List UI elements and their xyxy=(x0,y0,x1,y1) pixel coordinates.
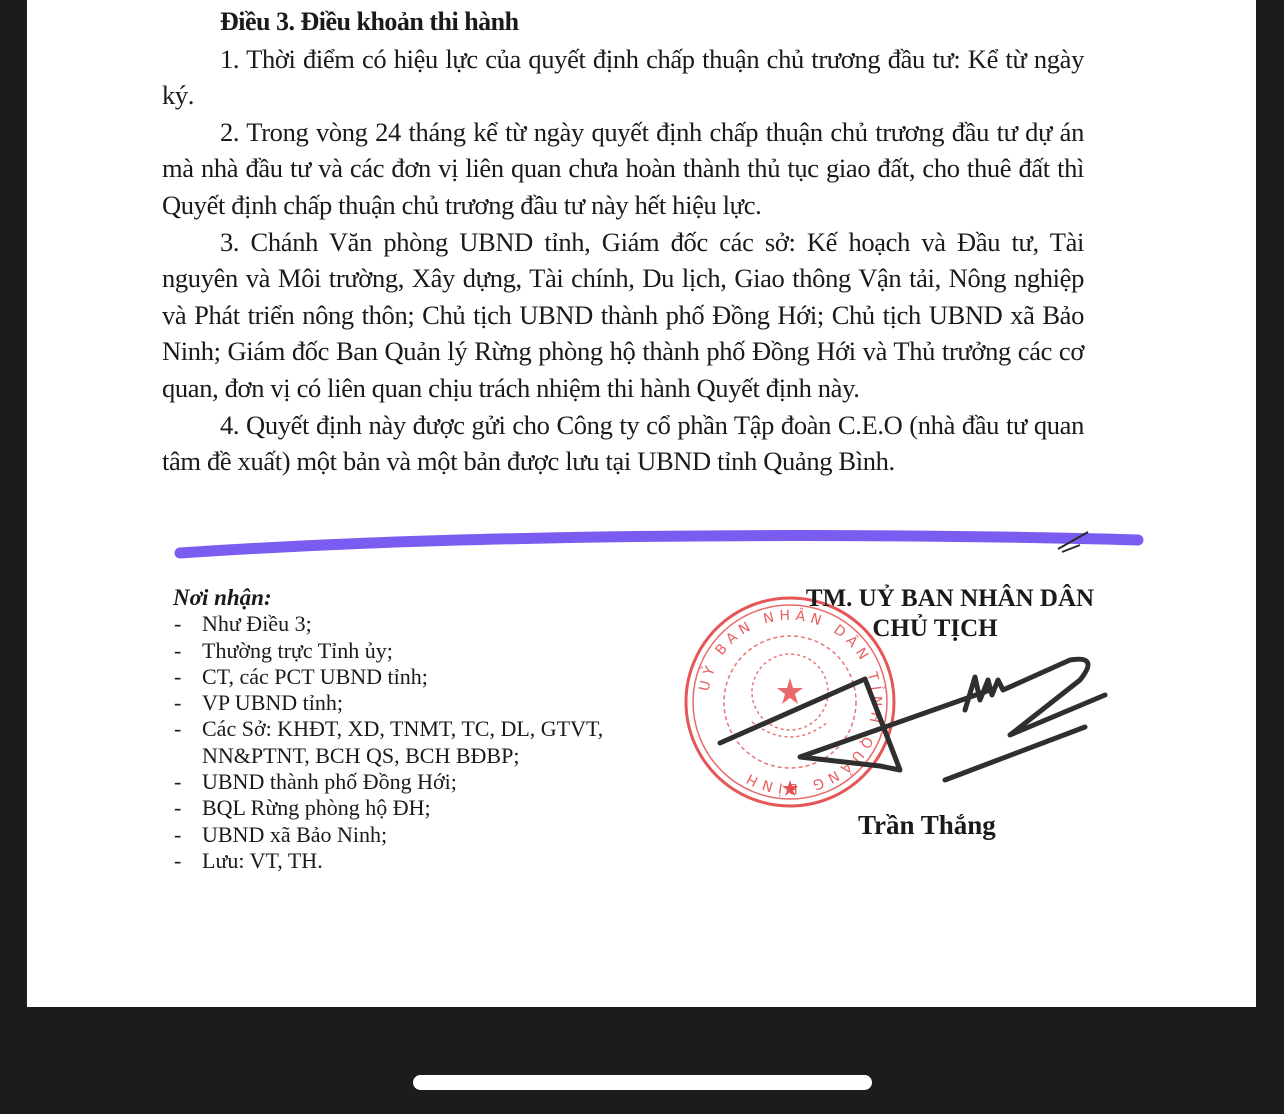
recipient-item: CT, các PCT UBND tỉnh; xyxy=(173,664,633,690)
clause-4: 4. Quyết định này được gửi cho Công ty c… xyxy=(162,407,1084,480)
recipient-item: VP UBND tỉnh; xyxy=(173,690,633,716)
recipient-item: UBND thành phố Đồng Hới; xyxy=(173,769,633,795)
recipients-block: Nơi nhận: Như Điều 3; Thường trực Tỉnh ủ… xyxy=(173,585,633,874)
recipient-item: BQL Rừng phòng hộ ĐH; xyxy=(173,795,633,821)
clause-3: 3. Chánh Văn phòng UBND tỉnh, Giám đốc c… xyxy=(162,224,1084,407)
recipient-item: Các Sở: KHĐT, XD, TNMT, TC, DL, GTVT, NN… xyxy=(173,716,633,769)
clause-1: 1. Thời điểm có hiệu lực của quyết định … xyxy=(162,41,1084,114)
document-body: Điều 3. Điều khoản thi hành 1. Thời điểm… xyxy=(162,4,1084,480)
signer-title: CHỦ TỊCH xyxy=(740,614,1120,644)
signing-organization: TM. UỶ BAN NHÂN DÂN xyxy=(740,584,1120,614)
recipients-list: Như Điều 3; Thường trực Tỉnh ủy; CT, các… xyxy=(173,611,633,874)
recipient-item: UBND xã Bảo Ninh; xyxy=(173,822,633,848)
signer-name: Trần Thắng xyxy=(858,810,996,841)
recipient-item: Như Điều 3; xyxy=(173,611,633,637)
article-heading: Điều 3. Điều khoản thi hành xyxy=(162,4,1084,41)
recipients-title: Nơi nhận: xyxy=(173,585,633,611)
home-indicator[interactable] xyxy=(413,1075,872,1090)
signature-block: TM. UỶ BAN NHÂN DÂN CHỦ TỊCH xyxy=(740,584,1120,644)
recipient-item: Lưu: VT, TH. xyxy=(173,848,633,874)
recipient-item: Thường trực Tỉnh ủy; xyxy=(173,638,633,664)
clause-2: 2. Trong vòng 24 tháng kể từ ngày quyết … xyxy=(162,114,1084,224)
